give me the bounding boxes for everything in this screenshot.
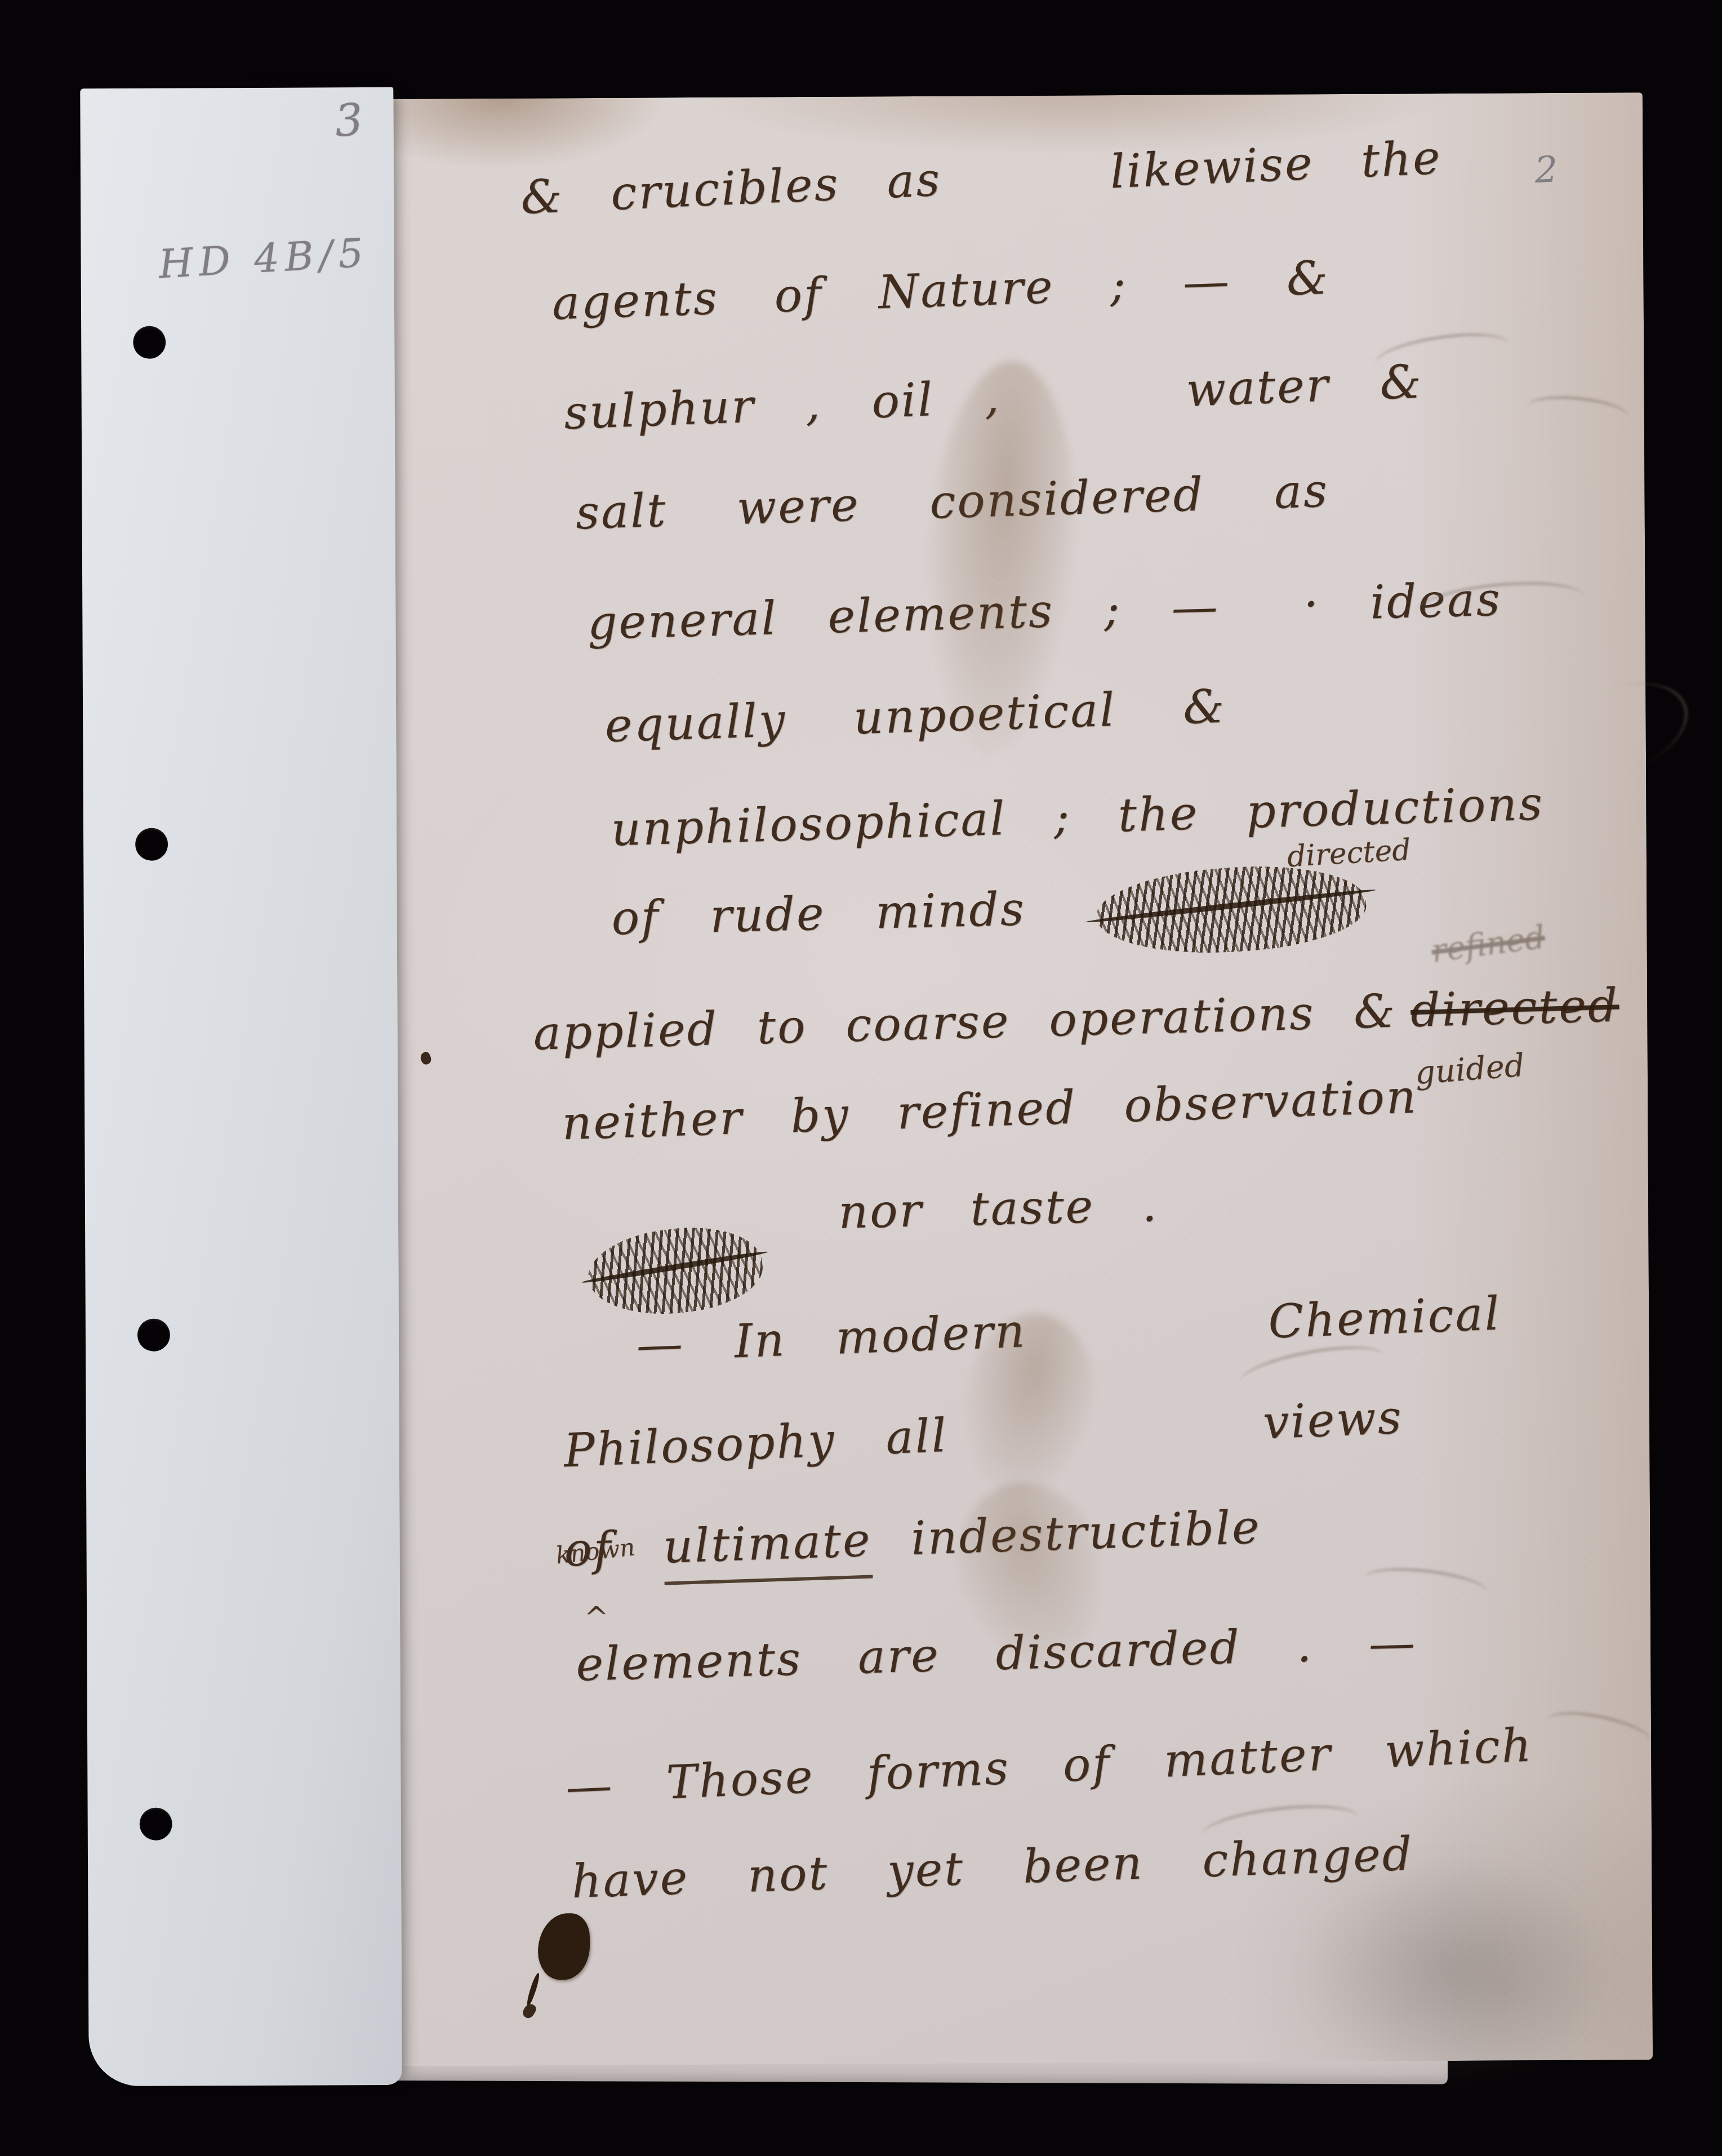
line-text: nor taste .: [838, 1179, 1159, 1239]
struck-word-directed: directed: [1410, 979, 1620, 1038]
handwritten-line: of rude minds: [611, 883, 1026, 946]
interlinear-insertion-directed: directed: [1286, 833, 1412, 874]
scribbled-out-word: [583, 1218, 767, 1324]
surface-smudge: [1298, 1851, 1614, 2089]
line-text: of rude minds: [611, 883, 1026, 946]
line-text: equally unpoetical &: [604, 680, 1226, 753]
line-text: of: [563, 1522, 613, 1577]
handwritten-line: equally unpoetical &: [604, 680, 1226, 753]
line-text: — Those forms of matter which: [564, 1718, 1534, 1814]
line-text: — In modern: [635, 1304, 1027, 1372]
manuscript-page: 2 & crucibles aslikewise the agents of N…: [388, 92, 1653, 2066]
line-text: agents of Nature ; — &: [551, 251, 1330, 331]
handwritten-line: nor taste .: [838, 1179, 1159, 1239]
line-text: general elements ; —: [587, 580, 1220, 650]
ghost-ink-showthrough: [1363, 1563, 1489, 1608]
scribbled-out-word: [1093, 857, 1369, 962]
line-text: sulphur , oil ,: [563, 371, 1002, 440]
ghost-ink-showthrough: [1531, 665, 1701, 797]
punch-hole: [133, 326, 166, 359]
line-text: neither by refined observation: [561, 1070, 1418, 1150]
handwritten-line: & crucibles aslikewise the: [519, 131, 1443, 225]
handwritten-line: — Those forms of matter which: [564, 1718, 1534, 1814]
ink-speck: [419, 1051, 433, 1066]
handwritten-line: agents of Nature ; — &: [551, 251, 1330, 331]
interlinear-insertion-guided: guided: [1414, 1047, 1526, 1092]
pencil-folio-number: 3: [333, 94, 364, 146]
photographed-manuscript: 2 & crucibles aslikewise the agents of N…: [0, 0, 1722, 2156]
handwritten-line: ofultimateindestructible: [563, 1501, 1262, 1577]
wiped-word-refined: refined: [1429, 919, 1547, 970]
punch-hole: [137, 1319, 170, 1352]
line-text: Philosophy all: [563, 1409, 949, 1478]
ghost-ink-showthrough: [1543, 1705, 1654, 1758]
punch-hole: [140, 1808, 172, 1841]
line-text: likewise the: [1109, 131, 1443, 199]
handwritten-line: applied to coarse operations &directed: [533, 979, 1620, 1060]
insertion-caret: ^: [584, 1601, 609, 1635]
ink-speck: [521, 2002, 538, 2020]
line-text: views: [1262, 1390, 1404, 1450]
pencil-page-number: 2: [1534, 149, 1559, 192]
underlined-word-ultimate: ultimate: [662, 1513, 873, 1585]
line-text: applied to coarse operations &: [533, 985, 1398, 1061]
archival-backing-sheet: 3 HD 4B/5: [80, 87, 402, 2086]
pencil-reference-mark: HD 4B/5: [158, 229, 371, 287]
line-text: & crucibles as: [519, 153, 942, 225]
punch-hole: [135, 828, 168, 861]
ink-blot: [538, 1913, 590, 1980]
line-text: Chemical: [1267, 1287, 1502, 1349]
ghost-ink-showthrough: [1526, 392, 1630, 431]
handwritten-line: neither by refined observation: [561, 1070, 1418, 1150]
